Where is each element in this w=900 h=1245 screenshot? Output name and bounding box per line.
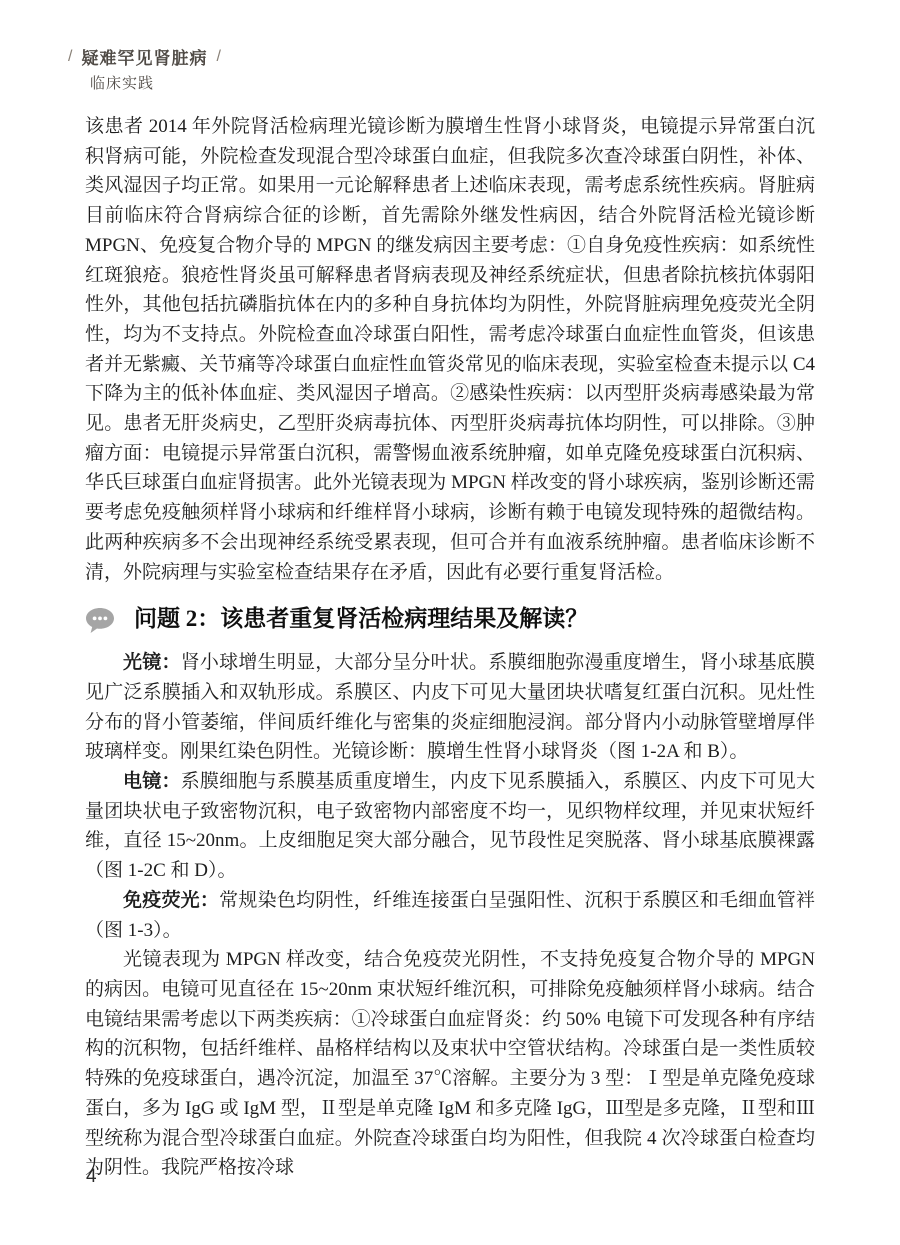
paragraph-label-light-microscopy: 光镜： bbox=[123, 652, 181, 673]
light-microscopy-paragraph: 光镜：肾小球增生明显，大部分呈分叶状。系膜细胞弥漫重度增生，肾小球基底膜见广泛系… bbox=[85, 648, 815, 767]
speech-bubble-icon bbox=[85, 607, 115, 634]
question-heading: 问题 2：该患者重复肾活检病理结果及解读？ bbox=[85, 603, 815, 635]
paragraph-label-electron-microscopy: 电镜： bbox=[123, 771, 181, 792]
running-header: / 疑难罕见肾脏病 / 临床实践 bbox=[68, 44, 221, 93]
page-number: 4 bbox=[86, 1166, 97, 1188]
intro-paragraph: 该患者 2014 年外院肾活检病理光镜诊断为膜增生性肾小球肾炎，电镜提示异常蛋白… bbox=[85, 112, 815, 587]
slash-decoration-left: / bbox=[68, 48, 72, 66]
electron-microscopy-paragraph: 电镜：系膜细胞与系膜基质重度增生，内皮下见系膜插入，系膜区、内皮下可见大量团块状… bbox=[85, 767, 815, 886]
paragraph-text-light-microscopy: 肾小球增生明显，大部分呈分叶状。系膜细胞弥漫重度增生，肾小球基底膜见广泛系膜插入… bbox=[85, 652, 815, 762]
book-page: / 疑难罕见肾脏病 / 临床实践 该患者 2014 年外院肾活检病理光镜诊断为膜… bbox=[0, 0, 900, 1245]
text-column: 该患者 2014 年外院肾活检病理光镜诊断为膜增生性肾小球肾炎，电镜提示异常蛋白… bbox=[85, 112, 815, 1183]
book-series-title: 疑难罕见肾脏病 bbox=[81, 44, 207, 69]
immunofluorescence-paragraph: 免疫荧光：常规染色均阴性，纤维连接蛋白呈强阳性、沉积于系膜区和毛细血管袢（图 1… bbox=[85, 886, 815, 945]
header-series-line: / 疑难罕见肾脏病 / bbox=[68, 44, 221, 69]
book-subtitle: 临床实践 bbox=[90, 72, 221, 93]
question-title: 问题 2：该患者重复肾活检病理结果及解读？ bbox=[134, 603, 588, 635]
discussion-paragraph: 光镜表现为 MPGN 样改变，结合免疫荧光阴性，不支持免疫复合物介导的 MPGN… bbox=[85, 945, 815, 1183]
paragraph-label-immunofluorescence: 免疫荧光： bbox=[123, 890, 219, 911]
slash-decoration-right: / bbox=[216, 48, 220, 66]
paragraph-text-electron-microscopy: 系膜细胞与系膜基质重度增生，内皮下见系膜插入，系膜区、内皮下可见大量团块状电子致… bbox=[85, 771, 815, 881]
